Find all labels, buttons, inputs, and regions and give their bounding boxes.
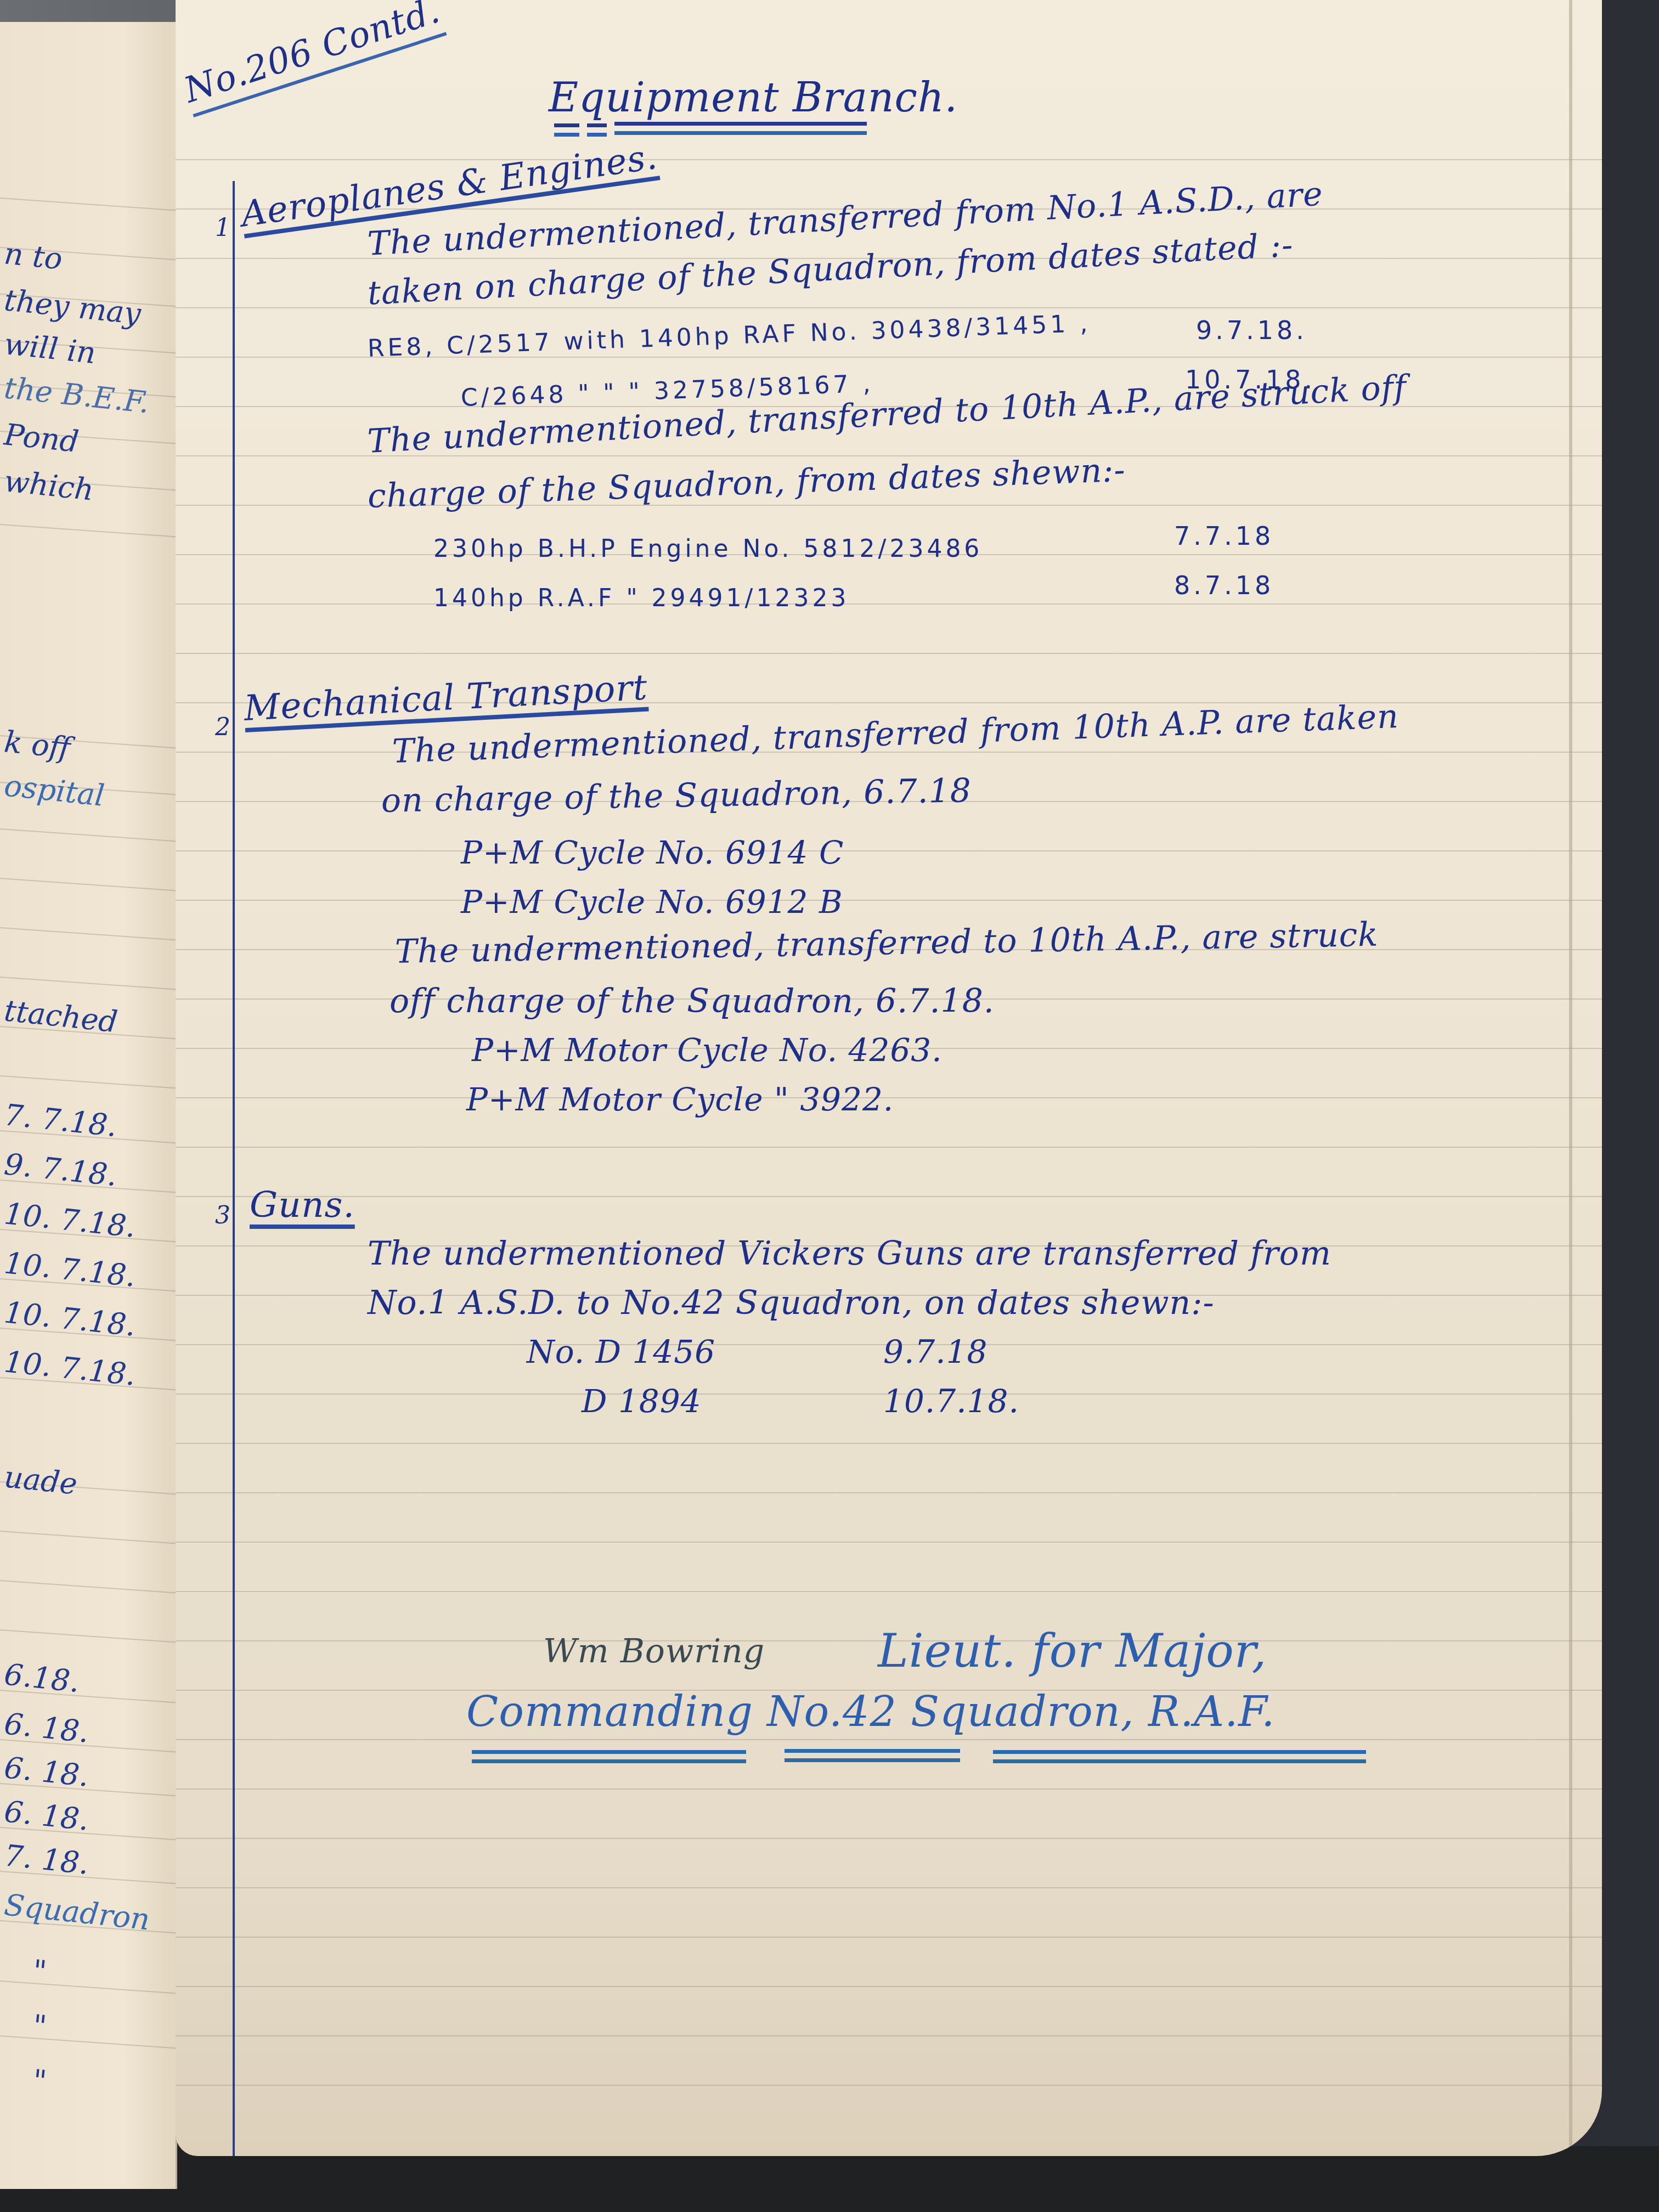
ledger-page: No.206 Contd. Equipment Branch. 1 Aeropl…: [176, 0, 1602, 2156]
signature-underline: [993, 1750, 1366, 1763]
item-desc: No. D 1456: [527, 1333, 715, 1370]
signature-underline: [785, 1749, 960, 1762]
left-page-text: n to: [3, 236, 64, 276]
left-page-text: which: [3, 464, 95, 507]
left-page-date: 7. 18.: [3, 1838, 91, 1881]
item-desc: P+M Cycle No. 6912 B: [461, 883, 843, 921]
background-surface-right: [1599, 0, 1659, 2212]
body-line: The undermentioned Vickers Guns are tran…: [368, 1234, 1331, 1273]
left-page-text: ospital: [3, 768, 106, 813]
item-desc: D 1894: [582, 1383, 702, 1420]
left-page-date: 9. 7.18.: [3, 1147, 119, 1193]
item-desc: P+M Motor Cycle No. 4263.: [472, 1031, 943, 1069]
section-heading: Mechanical Transport: [243, 668, 648, 729]
left-page-text: k off: [3, 724, 72, 765]
left-page-date: 6. 18.: [3, 1706, 91, 1750]
section-heading: Guns.: [250, 1185, 355, 1226]
left-page-text: the B.E.F.: [3, 370, 151, 420]
section-number: 1: [215, 214, 230, 242]
page-title: Equipment Branch.: [549, 74, 958, 121]
left-page-date: 10. 7.18.: [3, 1295, 138, 1343]
item-desc: 230hp B.H.P Engine No. 5812/23486: [433, 535, 983, 563]
body-line: on charge of the Squadron, 6.7.18: [381, 771, 972, 820]
title-underline: [554, 123, 579, 137]
signature: Wm Bowring: [543, 1632, 765, 1671]
item-date: 9.7.18: [883, 1333, 988, 1370]
left-page-text: ttached: [3, 993, 120, 1039]
body-line: No.1 A.S.D. to No.42 Squadron, on dates …: [368, 1284, 1215, 1322]
left-page-text: will in: [3, 326, 98, 370]
left-page-text: Pond: [3, 417, 81, 459]
item-desc: RE8, C/2517 with 140hp RAF No. 30438/314…: [367, 309, 1091, 363]
body-line: charge of the Squadron, from dates shewn…: [367, 451, 1126, 516]
left-page-date: 10. 7.18.: [3, 1245, 138, 1294]
item-desc: P+M Cycle No. 6914 C: [461, 834, 844, 871]
left-page-date: 7. 7.18.: [3, 1097, 119, 1143]
item-date: 9.7.18.: [1196, 315, 1307, 345]
title-underline: [587, 123, 607, 137]
left-page-text: uade: [3, 1459, 79, 1502]
signature-underline: [472, 1750, 746, 1763]
signature-rank: Lieut. for Major,: [878, 1624, 1267, 1678]
section-number: 3: [215, 1201, 230, 1229]
left-page-text: Squadron: [3, 1887, 151, 1937]
item-date: 10.7.18.: [883, 1383, 1019, 1420]
left-page-date: 6. 18.: [3, 1750, 91, 1793]
ditto-mark: ": [31, 2063, 48, 2098]
margin-rule: [233, 181, 235, 2156]
item-date: 8.7.18: [1174, 571, 1274, 600]
section-number: 2: [215, 713, 230, 741]
body-line: The undermentioned, transferred to 10th …: [394, 916, 1379, 971]
signature-command: Commanding No.42 Squadron, R.A.F.: [466, 1687, 1275, 1736]
left-page-date: 6.18.: [3, 1657, 81, 1699]
left-page-date: 10. 7.18.: [3, 1344, 138, 1392]
body-line: off charge of the Squadron, 6.7.18.: [390, 982, 995, 1020]
background-surface-bottom: [0, 2146, 1659, 2212]
left-page-text: they may: [3, 283, 143, 331]
item-date: 7.7.18: [1174, 521, 1274, 551]
left-page-date: 6. 18.: [3, 1794, 91, 1837]
item-desc: 140hp R.A.F " 29491/12323: [433, 584, 849, 612]
item-desc: P+M Motor Cycle " 3922.: [466, 1081, 894, 1118]
left-facing-page: n to they may will in the B.E.F. Pond wh…: [0, 22, 177, 2189]
page-edge-rule: [1569, 0, 1572, 2156]
title-underline: [614, 122, 867, 135]
left-page-date: 10. 7.18.: [3, 1196, 138, 1244]
page-reference: No.206 Contd.: [179, 0, 447, 117]
